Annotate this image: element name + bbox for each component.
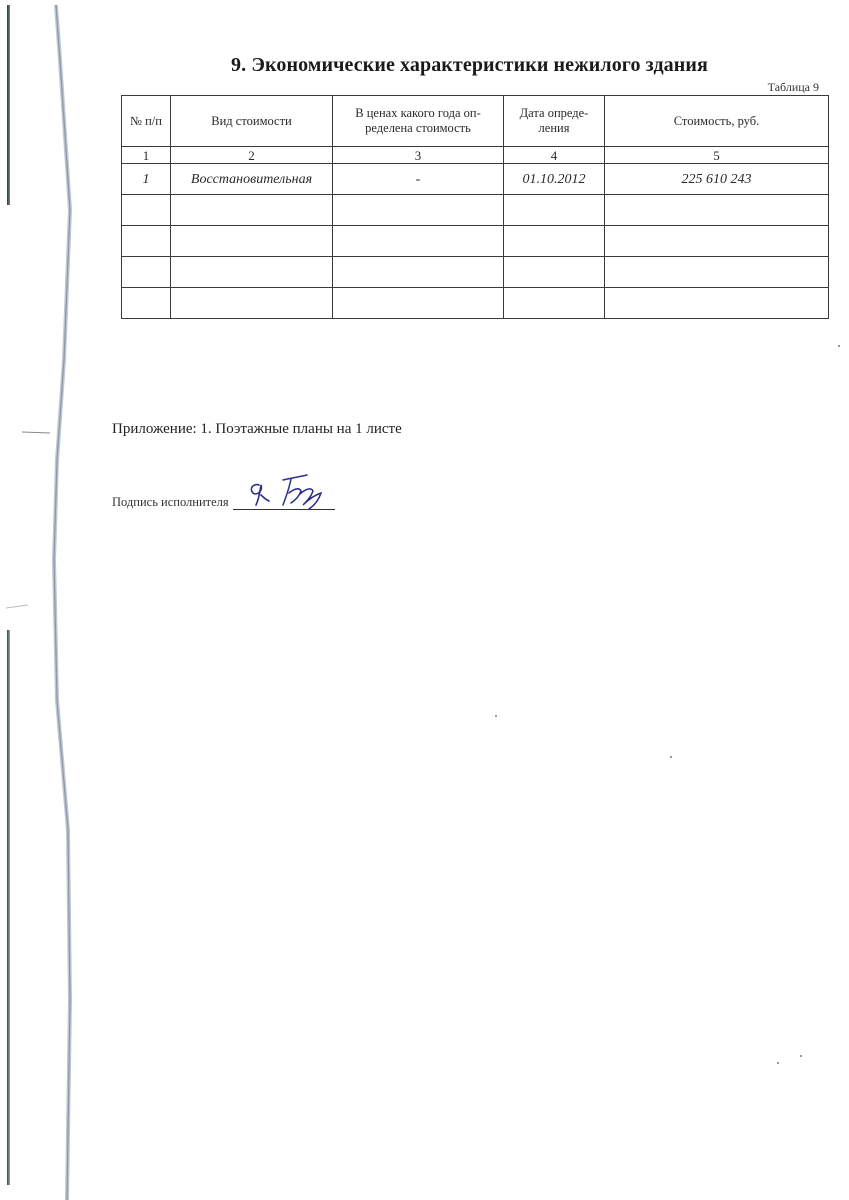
cell-price-year — [333, 195, 504, 226]
cell-number — [122, 257, 171, 288]
table-header-row: № п/п Вид стоимости В ценах какого года … — [122, 96, 829, 147]
column-number-row: 1 2 3 4 5 — [122, 147, 829, 164]
scan-speck — [800, 1055, 802, 1057]
cell-price-year — [333, 288, 504, 319]
cell-date — [504, 226, 605, 257]
cell-cost — [605, 195, 829, 226]
column-number: 5 — [605, 147, 829, 164]
cell-number — [122, 195, 171, 226]
table-row: 1 Восстановительная - 01.10.2012 225 610… — [122, 164, 829, 195]
section-title: 9. Экономические характеристики нежилого… — [0, 54, 849, 77]
economic-characteristics-table: № п/п Вид стоимости В ценах какого года … — [121, 95, 829, 319]
cell-cost: 225 610 243 — [605, 164, 829, 195]
cell-price-year: - — [333, 164, 504, 195]
cell-price-year — [333, 257, 504, 288]
scan-speck — [838, 345, 840, 347]
cell-value-type — [171, 226, 333, 257]
table-row — [122, 288, 829, 319]
column-number: 2 — [171, 147, 333, 164]
cell-cost — [605, 257, 829, 288]
header-cell-number: № п/п — [122, 96, 171, 147]
cell-cost — [605, 288, 829, 319]
cell-date — [504, 195, 605, 226]
header-cell-value-type: Вид стоимости — [171, 96, 333, 147]
scan-speck — [777, 1062, 779, 1064]
cell-cost — [605, 226, 829, 257]
signature-line — [233, 495, 335, 510]
column-number: 4 — [504, 147, 605, 164]
page-fold-line — [0, 0, 120, 1200]
cell-date — [504, 288, 605, 319]
cell-price-year — [333, 226, 504, 257]
column-number: 1 — [122, 147, 171, 164]
cell-number — [122, 226, 171, 257]
table-row — [122, 257, 829, 288]
header-cell-date: Дата опреде-ления — [504, 96, 605, 147]
table-row — [122, 226, 829, 257]
handwritten-signature-icon — [239, 471, 339, 511]
cell-date — [504, 257, 605, 288]
signature-label: Подпись исполнителя — [112, 495, 229, 510]
cell-value-type — [171, 257, 333, 288]
scan-speck — [670, 756, 672, 758]
header-cell-cost: Стоимость, руб. — [605, 96, 829, 147]
cell-value-type — [171, 288, 333, 319]
signature-block: Подпись исполнителя — [112, 495, 335, 510]
scan-speck — [495, 715, 497, 717]
cell-value-type: Восстановительная — [171, 164, 333, 195]
header-cell-price-year: В ценах какого года оп-ределена стоимост… — [333, 96, 504, 147]
cell-number: 1 — [122, 164, 171, 195]
cell-date: 01.10.2012 — [504, 164, 605, 195]
cell-value-type — [171, 195, 333, 226]
column-number: 3 — [333, 147, 504, 164]
table-row — [122, 195, 829, 226]
cell-number — [122, 288, 171, 319]
table-label: Таблица 9 — [768, 80, 819, 95]
appendix-note: Приложение: 1. Поэтажные планы на 1 лист… — [112, 421, 402, 438]
